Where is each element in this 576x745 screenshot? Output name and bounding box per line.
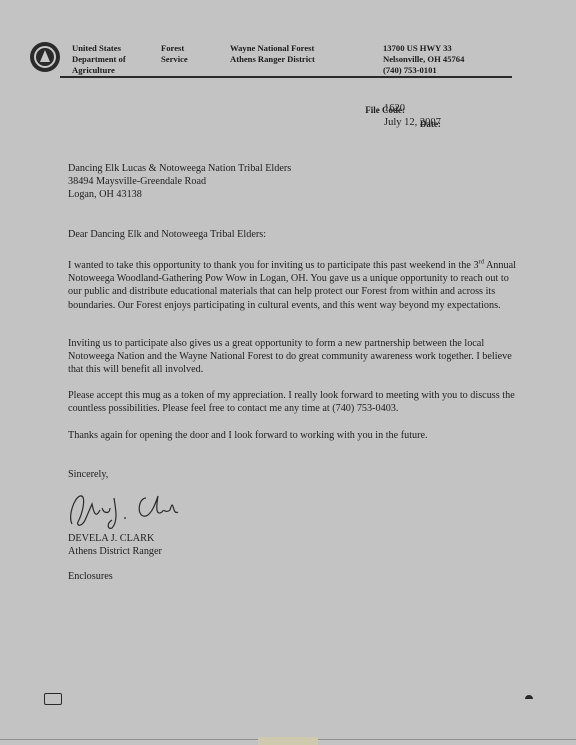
- date: Date: July 12, 2007: [380, 117, 441, 128]
- agency-line: Agriculture: [72, 65, 126, 76]
- service-block: Forest Service: [161, 43, 188, 65]
- agency-line: Department of: [72, 54, 126, 65]
- body-paragraph-3: Please accept this mug as a token of my …: [68, 389, 518, 415]
- closing: Sincerely,: [68, 468, 518, 481]
- usda-shield-icon: [30, 42, 60, 72]
- file-code-label: File Code:: [365, 105, 405, 115]
- letter-page: United States Department of Agriculture …: [0, 0, 576, 745]
- signature-icon: [66, 488, 186, 532]
- address-line: Nelsonville, OH 45764: [383, 54, 464, 65]
- date-label: Date:: [420, 119, 441, 129]
- address-line: 13700 US HWY 33: [383, 43, 464, 54]
- salutation: Dear Dancing Elk and Notoweega Tribal El…: [68, 228, 518, 241]
- body-paragraph-1: I wanted to take this opportunity to tha…: [68, 259, 518, 312]
- signature-block: DEVELA J. CLARK Athens District Ranger: [68, 532, 518, 558]
- recipient-address: Dancing Elk Lucas & Notoweega Nation Tri…: [68, 162, 518, 202]
- forest-block: Wayne National Forest Athens Ranger Dist…: [230, 43, 315, 65]
- address-block: 13700 US HWY 33 Nelsonville, OH 45764 (7…: [383, 43, 464, 76]
- enclosures: Enclosures: [68, 570, 518, 583]
- forest-line: Wayne National Forest: [230, 43, 315, 54]
- recipient-line: 38494 Maysville-Greendale Road: [68, 175, 518, 188]
- service-line: Service: [161, 54, 188, 65]
- forest-line: Athens Ranger District: [230, 54, 315, 65]
- service-line: Forest: [161, 43, 188, 54]
- agency-line: United States: [72, 43, 126, 54]
- p1-text: I wanted to take this opportunity to tha…: [68, 260, 479, 271]
- body-paragraph-4: Thanks again for opening the door and I …: [68, 429, 518, 442]
- file-code: File Code: 1620: [380, 103, 405, 114]
- signer-title: Athens District Ranger: [68, 545, 518, 558]
- recipient-line: Dancing Elk Lucas & Notoweega Nation Tri…: [68, 162, 518, 175]
- body-paragraph-2: Inviting us to participate also gives us…: [68, 337, 518, 377]
- signer-name: DEVELA J. CLARK: [68, 532, 518, 545]
- scan-mark-icon: [525, 695, 533, 699]
- recipient-line: Logan, OH 43138: [68, 188, 518, 201]
- recycled-paper-icon: [44, 693, 62, 705]
- address-line: (740) 753-0101: [383, 65, 464, 76]
- agency-block: United States Department of Agriculture: [72, 43, 126, 76]
- letterhead-rule: [60, 76, 512, 78]
- paper-stain: [258, 737, 318, 745]
